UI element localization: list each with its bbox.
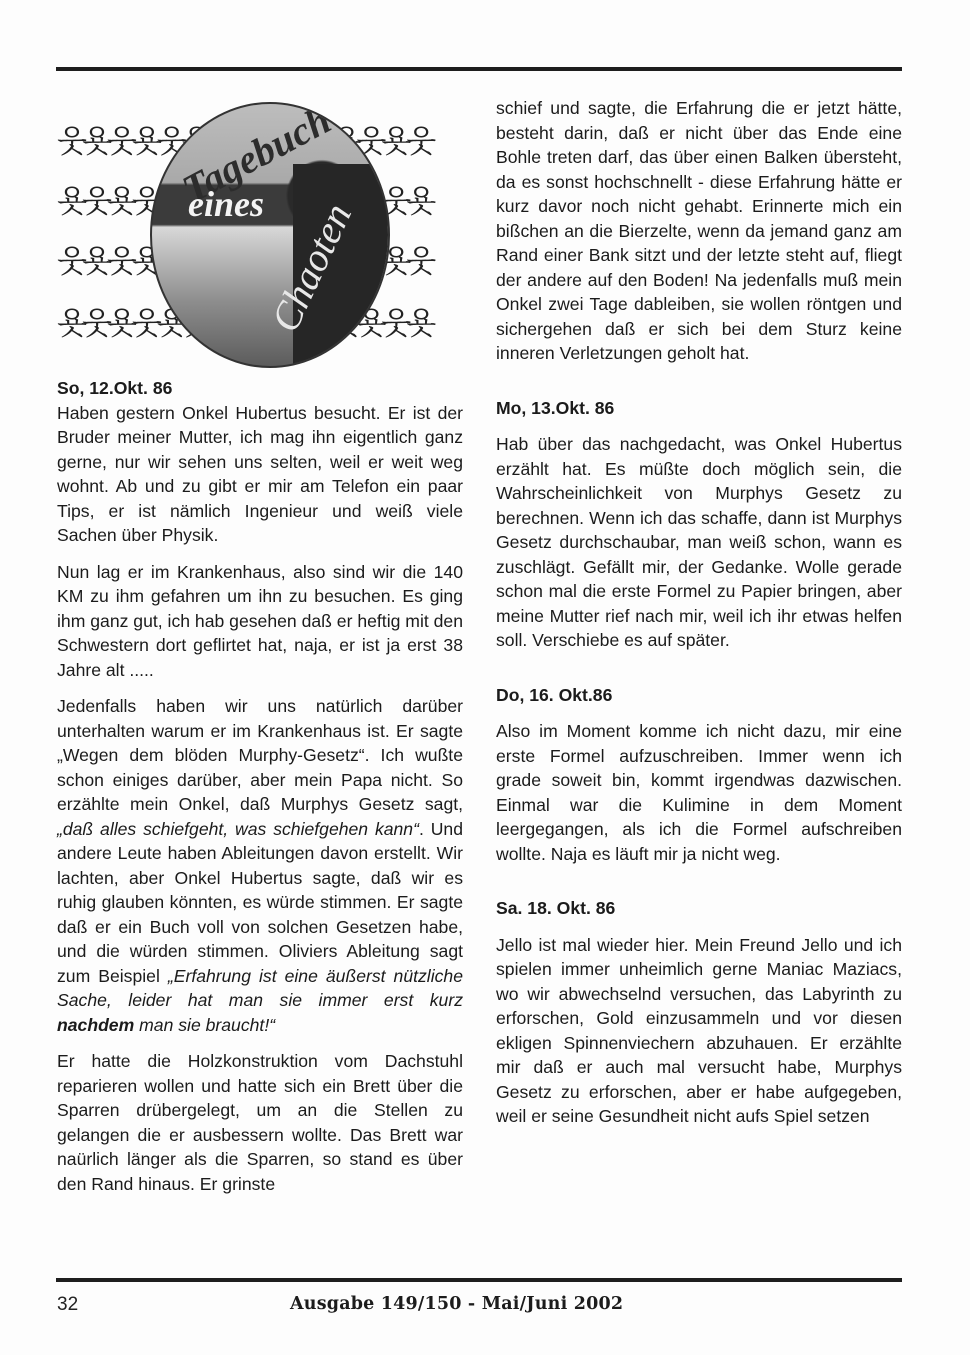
paragraph-text: Jedenfalls haben wir uns natürlich darüb…	[57, 696, 463, 814]
left-column: 웃욧웃욧웃욧웃욧웃욧웃욧웃욧웃 욧웃욧웃욧웃욧웃욧웃욧웃욧웃욧 웃욧웃욧웃욧웃욧…	[57, 100, 463, 1208]
murphy-law-quote: „daß alles schiefgeht, was schiefgehen k…	[57, 819, 419, 839]
tagebuch-logo: 웃욧웃욧웃욧웃욧웃욧웃욧웃욧웃 욧웃욧웃욧웃욧웃욧웃욧웃욧웃욧 웃욧웃욧웃욧웃욧…	[57, 100, 463, 370]
logo-title-eines: eines	[188, 192, 264, 217]
bottom-rule	[56, 1278, 902, 1282]
entry-paragraph: Jedenfalls haben wir uns natürlich darüb…	[57, 694, 463, 1037]
entry-date: Sa. 18. Okt. 86	[496, 896, 902, 921]
entry-paragraph: Also im Moment komme ich nicht dazu, mir…	[496, 719, 902, 866]
entry-date: Do, 16. Okt.86	[496, 683, 902, 708]
entry-paragraph: schief und sagte, die Erfahrung die er j…	[496, 96, 902, 366]
paragraph-text: . Und andere Leute haben Ableitungen dav…	[57, 819, 463, 986]
page-number: 32	[57, 1294, 78, 1316]
entry-date: So, 12.Okt. 86	[57, 376, 463, 401]
entry-date: Mo, 13.Okt. 86	[496, 396, 902, 421]
entry-paragraph: Jello ist mal wieder hier. Mein Freund J…	[496, 933, 902, 1129]
top-rule	[56, 67, 902, 71]
olivier-quote-emphasis: nachdem	[57, 1015, 134, 1035]
entry-paragraph: Haben gestern Onkel Hubertus besucht. Er…	[57, 401, 463, 548]
entry-paragraph: Nun lag er im Krankenhaus, also sind wir…	[57, 560, 463, 683]
entry-paragraph: Er hatte die Holzkonstruktion vom Dachst…	[57, 1049, 463, 1196]
entry-paragraph: Hab über das nachgedacht, was Onkel Hube…	[496, 432, 902, 653]
issue-footer: Ausgabe 149/150 - Mai/Juni 2002	[290, 1294, 623, 1314]
olivier-quote-end: man sie braucht!“	[134, 1015, 275, 1035]
right-column: schief und sagte, die Erfahrung die er j…	[496, 96, 902, 1141]
logo-photo-circle: Tagebuch eines Chaoten	[150, 102, 390, 368]
